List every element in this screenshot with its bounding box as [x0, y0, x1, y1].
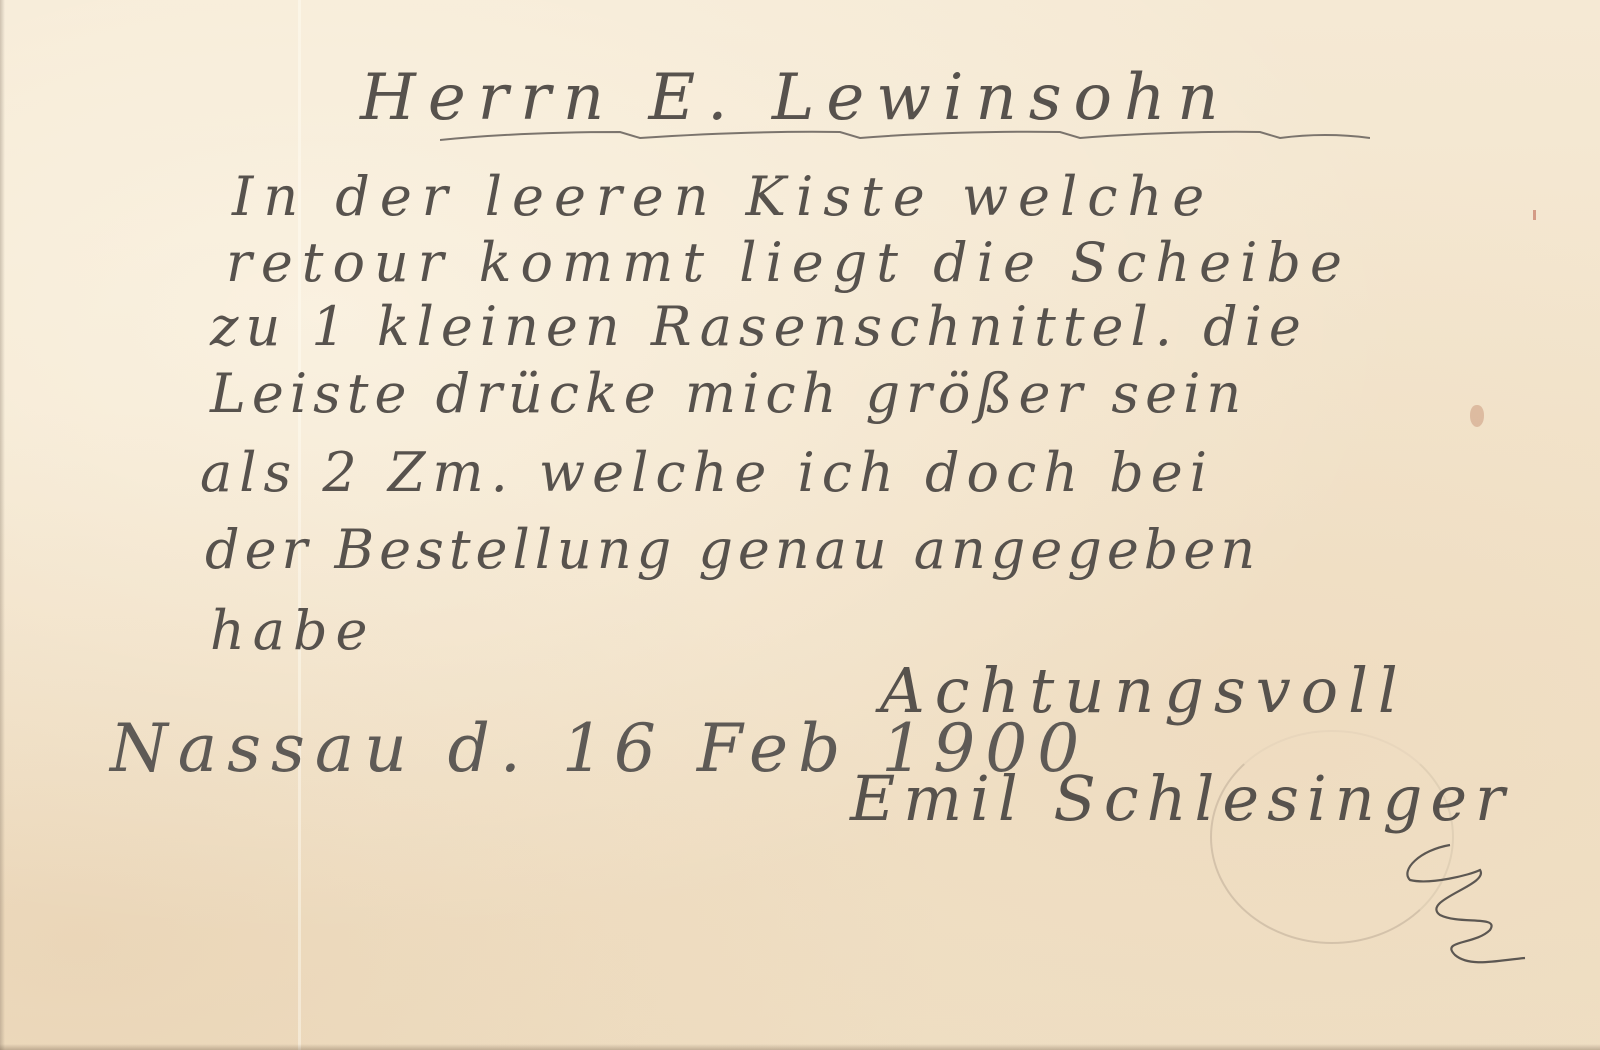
body-line-3: zu 1 kleinen Rasenschnittel. die: [210, 300, 1308, 354]
paper-edge-shadow: [0, 0, 5, 1050]
signature: Emil Schlesinger: [850, 768, 1513, 830]
paper-bottom-edge: [0, 1044, 1600, 1050]
body-line-5: als 2 Zm. welche ich doch bei: [200, 446, 1214, 500]
ink-speck: [1533, 210, 1536, 220]
body-line-2: retour kommt liegt die Scheibe: [226, 236, 1351, 290]
postcard: Herrn E. Lewinsohn In der leeren Kiste w…: [0, 0, 1600, 1050]
body-line-1: In der leeren Kiste welche: [232, 170, 1214, 224]
body-line-4: Leiste drücke mich größer sein: [210, 367, 1247, 421]
signature-flourish: [1380, 830, 1530, 990]
addressee-underline: [440, 128, 1370, 144]
closing-salutation: Achtungsvoll: [880, 660, 1408, 722]
paper-stain: [1470, 405, 1484, 427]
addressee: Herrn E. Lewinsohn: [360, 66, 1231, 130]
body-line-7: habe: [210, 604, 376, 658]
body-line-6: der Bestellung genau angegeben: [205, 523, 1260, 577]
